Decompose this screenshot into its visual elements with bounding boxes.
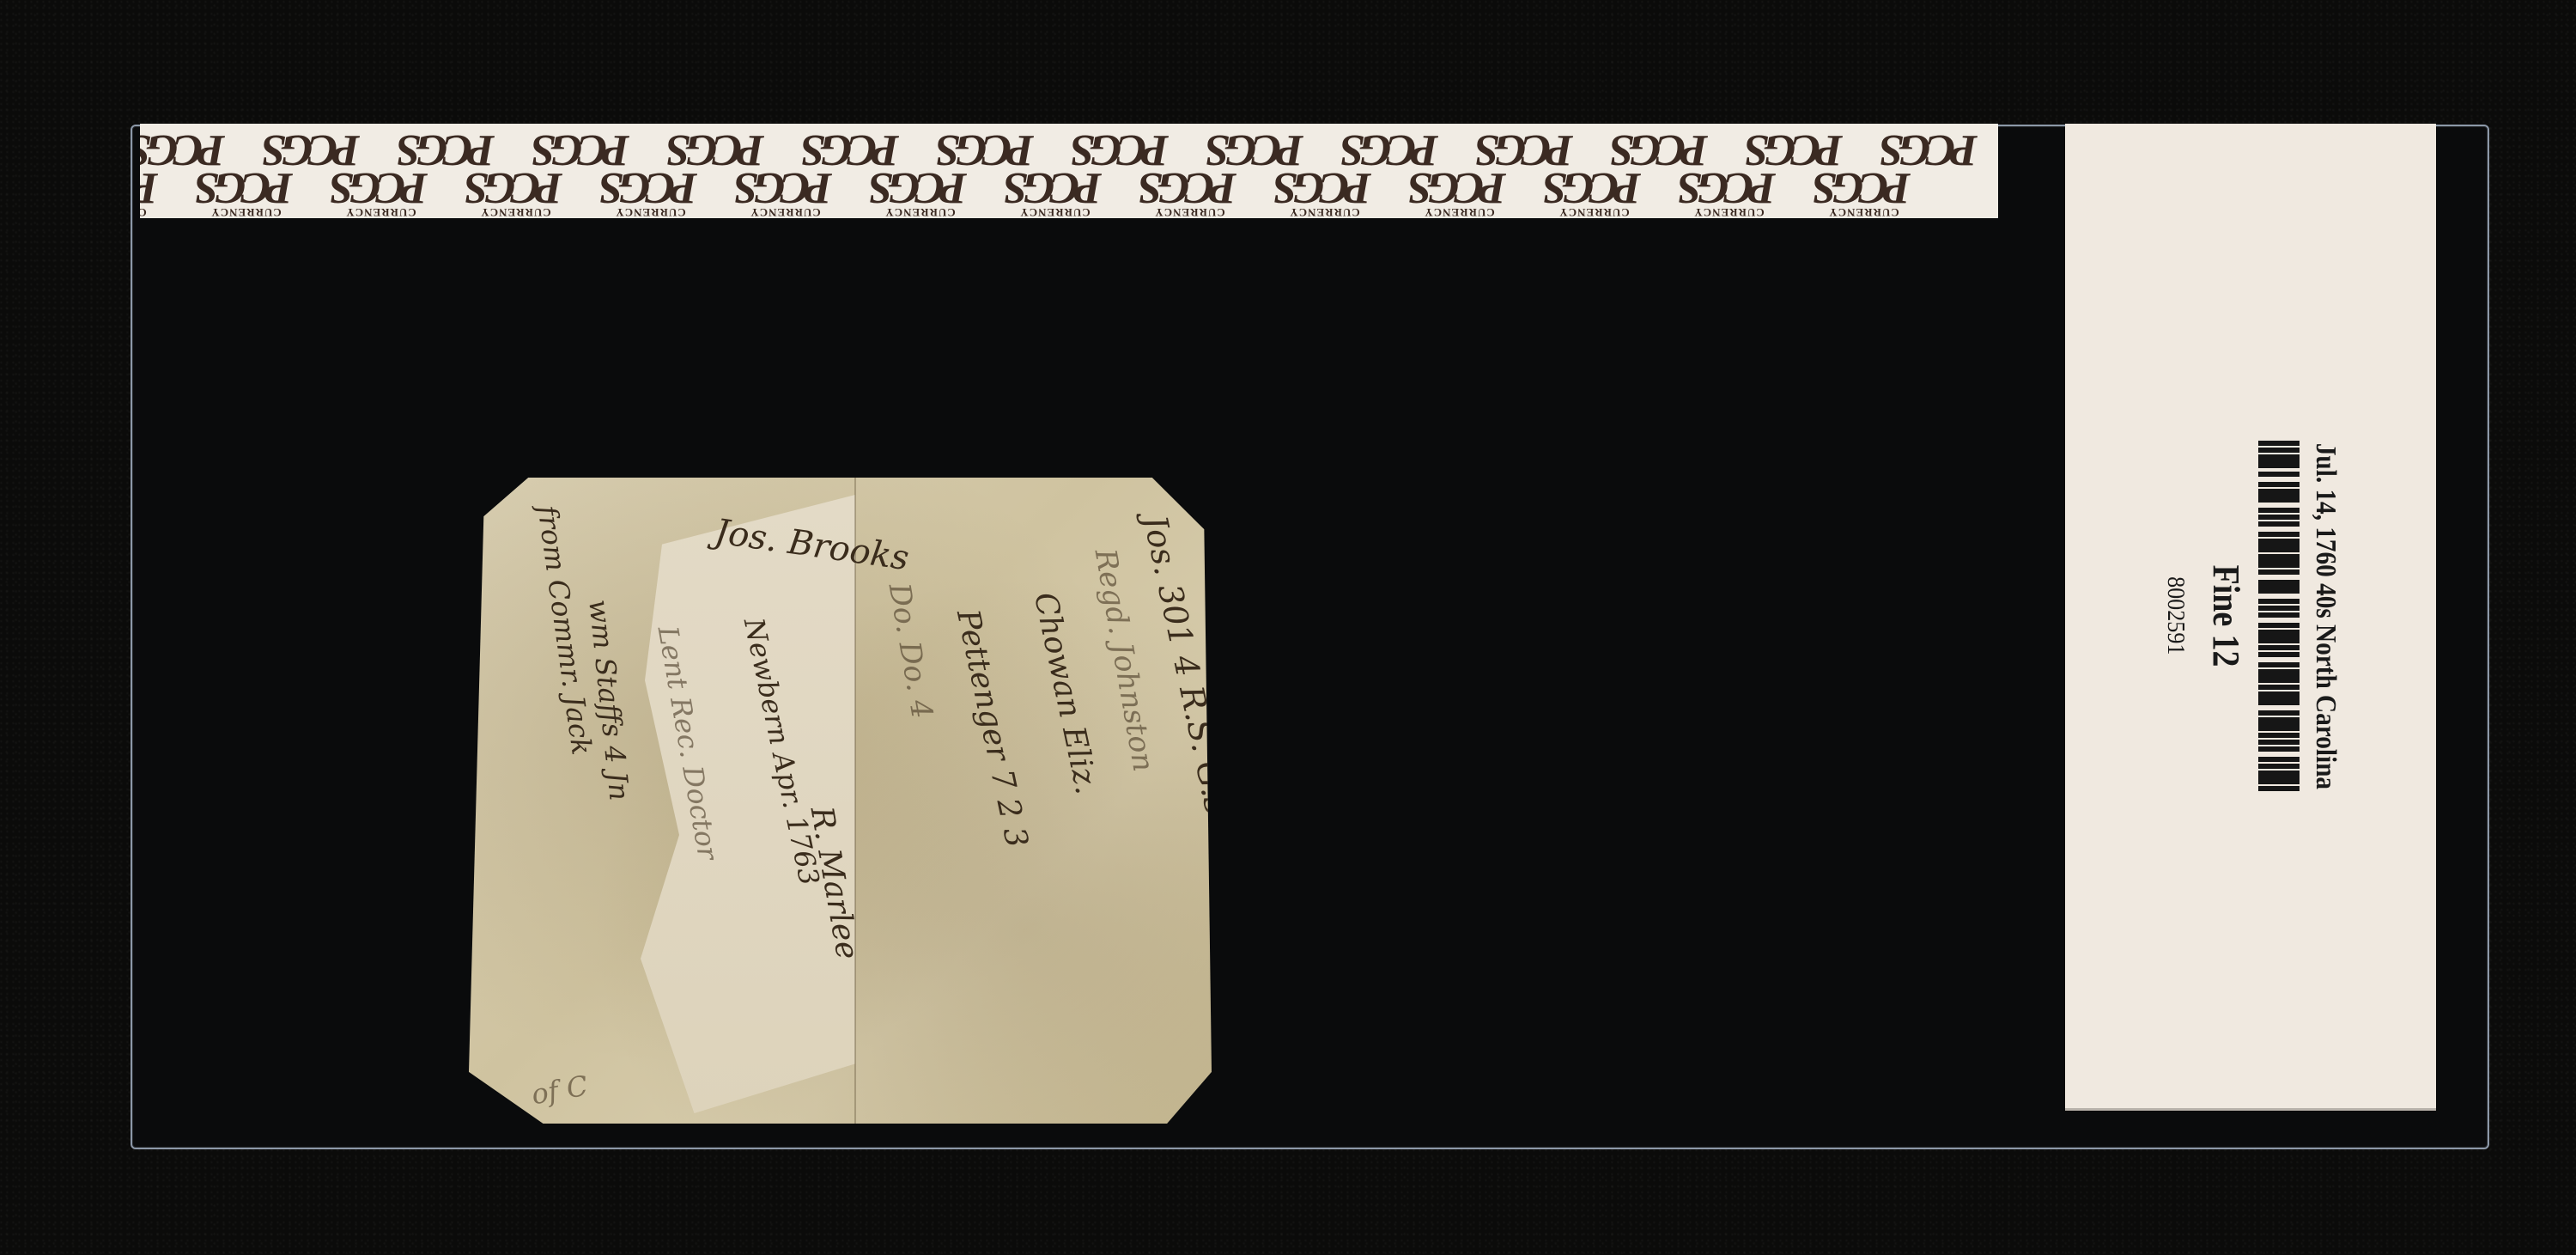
label-content-rotated: Jul. 14, 1760 40s North Carolina Fine 12… (2122, 375, 2379, 856)
grade-text: Fine 12 (2205, 565, 2246, 667)
pcgs-logo-tile: CURRENCYPCGS (853, 168, 987, 218)
pcgs-logo-tile: CURRENCYPCGS (1662, 168, 1796, 218)
barcode-bar (2258, 580, 2300, 594)
barcode-bar (2258, 669, 2300, 683)
handwritten-endorsement: Do. Do. 4 (882, 581, 939, 722)
pcgs-logo-text: PCGS (1392, 168, 1527, 206)
pcgs-logo-text: PCGS (1257, 168, 1392, 206)
handwritten-endorsement: of C (529, 1069, 590, 1112)
pcgs-logo-text: PCGS (718, 168, 853, 206)
handwritten-endorsement: Pettenger 7 2 3 (950, 606, 1035, 850)
pcgs-logo-text: PCGS (1527, 168, 1662, 206)
colonial-banknote: Jos. BrooksJos. 301 4 R.S. G.3Regd. John… (469, 478, 1212, 1124)
pcgs-logo-text: PCGS (987, 168, 1122, 206)
pcgs-logo-tile: CURRENCYPCGS (313, 168, 448, 218)
note-fold-line (854, 478, 856, 1124)
pcgs-logo-text: PCGS (313, 168, 448, 206)
pcgs-logo-tile: CURRENCYPCGS (179, 168, 313, 218)
barcode-bar (2258, 630, 2300, 643)
cert-serial-number: 8002591 (2159, 576, 2193, 655)
pcgs-logo-text: PCGS (1662, 168, 1796, 206)
pcgs-logo-tile: CURRENCYPCGS (1796, 168, 1931, 218)
pcgs-logo-text: PCGS (140, 168, 179, 206)
barcode (2258, 441, 2300, 791)
pcgs-security-strip: PCGSPCGSPCGSPCGSPCGSPCGSPCGSPCGSPCGSPCGS… (140, 124, 1998, 218)
pcgs-logo-tile: CURRENCYPCGS (1257, 168, 1392, 218)
barcode-bar (2258, 539, 2300, 552)
barcode-bar (2258, 554, 2300, 568)
barcode-bar (2258, 691, 2300, 705)
pcgs-logo-tile: CURRENCYPCGS (583, 168, 718, 218)
barcode-bar (2258, 717, 2300, 731)
grade-label: Jul. 14, 1760 40s North Carolina Fine 12… (2065, 124, 2436, 1108)
pcgs-logo-tile: CURRENCYPCGS (140, 168, 179, 218)
pcgs-logo-tile: CURRENCYPCGS (987, 168, 1122, 218)
barcode-bar (2258, 489, 2300, 503)
pcgs-logo-text: PCGS (853, 168, 987, 206)
pcgs-logo-text: PCGS (179, 168, 313, 206)
pcgs-logo-tile: CURRENCYPCGS (1392, 168, 1527, 218)
strip-row-top: PCGSPCGSPCGSPCGSPCGSPCGSPCGSPCGSPCGSPCGS… (140, 124, 1998, 168)
pcgs-logo-tile: CURRENCYPCGS (448, 168, 583, 218)
pcgs-logo-tile: CURRENCYPCGS (718, 168, 853, 218)
handwritten-endorsement: Chowan Eliz. (1027, 589, 1104, 797)
note-title: Jul. 14, 1760 40s North Carolina (2308, 442, 2342, 789)
pcgs-logo-tile: CURRENCYPCGS (1122, 168, 1257, 218)
barcode-bar (2258, 454, 2300, 468)
paper-repair-patch (641, 495, 855, 1113)
barcode-bar (2258, 786, 2300, 791)
pcgs-logo-text: PCGS (583, 168, 718, 206)
pcgs-logo-text: PCGS (1796, 168, 1931, 206)
pcgs-logo-tile: CURRENCYPCGS (1527, 168, 1662, 218)
barcode-bar (2258, 771, 2300, 784)
strip-row-bottom: CURRENCYPCGSCURRENCYPCGSCURRENCYPCGSCURR… (140, 167, 1998, 218)
pcgs-logo-text: PCGS (1122, 168, 1257, 206)
pcgs-logo-text: PCGS (448, 168, 583, 206)
